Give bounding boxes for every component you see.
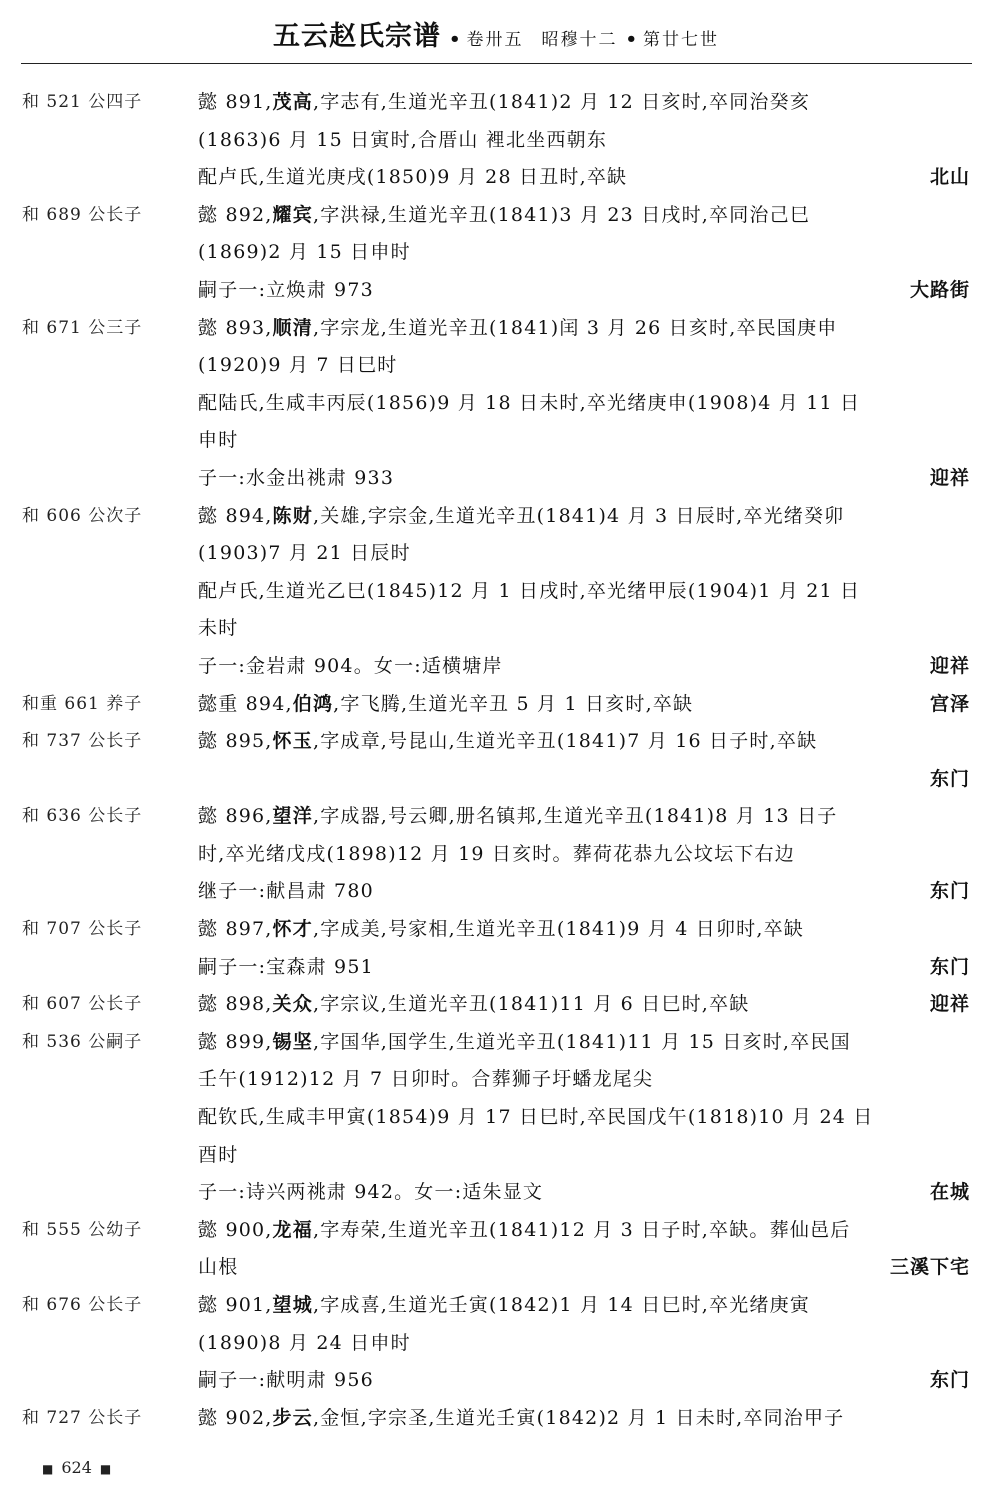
entry-text: 配卢氏,生道光乙巳(1845)12 月 1 日戌时,卒光绪甲辰(1904)1 月… <box>198 573 860 611</box>
entry-line: 嗣子一:献明肃 956东门 <box>0 1362 992 1400</box>
section-label: 昭穆十二 <box>542 30 618 50</box>
genealogy-entries: 和 521 公四子懿 891,茂高,字志有,生道光辛丑(1841)2 月 12 … <box>0 84 992 1437</box>
parent-label: 和 671 公三子 <box>22 310 142 348</box>
entry-text: 懿 899,锡坚,字国华,国学生,生道光辛丑(1841)11 月 15 日亥时,… <box>198 1024 851 1062</box>
residence-place: 迎祥 <box>930 460 970 498</box>
residence-place: 东门 <box>930 949 970 987</box>
entry-text: (1890)8 月 24 日申时 <box>198 1325 411 1363</box>
genealogy-entry: 和 636 公长子懿 896,望洋,字成器,号云卿,册名镇邦,生道光辛丑(184… <box>0 798 992 911</box>
entry-text: 嗣子一:立焕肃 973 <box>198 272 374 310</box>
residence-place: 迎祥 <box>930 648 970 686</box>
person-name: 怀才 <box>273 918 313 940</box>
entry-text: 继子一:献昌肃 780 <box>198 873 374 911</box>
entry-detail: 子一:诗兴两祧肃 942。女一:适朱显文 <box>198 1181 543 1203</box>
volume-label: 卷卅五 <box>467 30 524 50</box>
entry-text: 时,卒光绪戊戌(1898)12 月 19 日亥时。葬荷花恭九公坟坛下右边 <box>198 836 795 874</box>
parent-label: 和重 661 养子 <box>22 686 142 724</box>
residence-place: 东门 <box>930 873 970 911</box>
generation-number: 懿 901, <box>198 1294 273 1316</box>
entry-line: 配卢氏,生道光庚戌(1850)9 月 28 日丑时,卒缺北山 <box>0 159 992 197</box>
entry-detail: 嗣子一:立焕肃 973 <box>198 279 374 301</box>
header-separator: • <box>449 29 461 50</box>
entry-text: 配陆氏,生咸丰丙辰(1856)9 月 18 日未时,卒光绪庚申(1908)4 月… <box>198 385 860 423</box>
entry-text: 酉时 <box>198 1137 238 1175</box>
entry-text: (1903)7 月 21 日辰时 <box>198 535 411 573</box>
entry-detail: ,字成章,号昆山,生道光辛丑(1841)7 月 16 日子时,卒缺 <box>313 730 817 752</box>
entry-detail: (1869)2 月 15 日申时 <box>198 241 411 263</box>
entry-detail: ,金恒,字宗圣,生道光壬寅(1842)2 月 1 日未时,卒同治甲子 <box>313 1407 844 1429</box>
parent-label: 和 555 公幼子 <box>22 1212 142 1250</box>
genealogy-entry: 和 607 公长子懿 898,关众,字宗议,生道光辛丑(1841)11 月 6 … <box>0 986 992 1024</box>
genealogy-entry: 和 676 公长子懿 901,望城,字成喜,生道光壬寅(1842)1 月 14 … <box>0 1287 992 1400</box>
entry-text: 懿 895,怀玉,字成章,号昆山,生道光辛丑(1841)7 月 16 日子时,卒… <box>198 723 817 761</box>
residence-place: 北山 <box>930 159 970 197</box>
entry-text: (1869)2 月 15 日申时 <box>198 234 411 272</box>
page-number: ■624■ <box>34 1458 119 1477</box>
entry-detail: 配陆氏,生咸丰丙辰(1856)9 月 18 日未时,卒光绪庚申(1908)4 月… <box>198 392 860 414</box>
genealogy-entry: 和 689 公长子懿 892,耀宾,字洪禄,生道光辛丑(1841)3 月 23 … <box>0 197 992 310</box>
entry-line: 和 676 公长子懿 901,望城,字成喜,生道光壬寅(1842)1 月 14 … <box>0 1287 992 1325</box>
entry-text: 嗣子一:献明肃 956 <box>198 1362 374 1400</box>
generation-number: 懿 900, <box>198 1219 273 1241</box>
entry-detail: 未时 <box>198 617 238 639</box>
entry-line: 和 689 公长子懿 892,耀宾,字洪禄,生道光辛丑(1841)3 月 23 … <box>0 197 992 235</box>
entry-line: (1920)9 月 7 日巳时 <box>0 347 992 385</box>
generation-number: 懿 894, <box>198 505 273 527</box>
entry-text: 懿 891,茂高,字志有,生道光辛丑(1841)2 月 12 日亥时,卒同治癸亥 <box>198 84 810 122</box>
parent-label: 和 607 公长子 <box>22 986 142 1024</box>
person-name: 望洋 <box>273 805 313 827</box>
entry-text: (1920)9 月 7 日巳时 <box>198 347 397 385</box>
residence-place: 在城 <box>930 1174 970 1212</box>
entry-line: 未时 <box>0 610 992 648</box>
entry-detail: ,字成美,号家相,生道光辛丑(1841)9 月 4 日卯时,卒缺 <box>313 918 804 940</box>
entry-line: 壬午(1912)12 月 7 日卯时。合葬狮子圩蟠龙尾尖 <box>0 1061 992 1099</box>
entry-detail: 时,卒光绪戊戌(1898)12 月 19 日亥时。葬荷花恭九公坟坛下右边 <box>198 843 795 865</box>
person-name: 耀宾 <box>273 204 313 226</box>
entry-text: (1863)6 月 15 日寅时,合厝山 裡北坐西朝东 <box>198 122 607 160</box>
residence-place: 宫泽 <box>930 686 970 724</box>
genealogy-entry: 和 727 公长子懿 902,步云,金恒,字宗圣,生道光壬寅(1842)2 月 … <box>0 1400 992 1438</box>
parent-label: 和 536 公嗣子 <box>22 1024 142 1062</box>
book-title: 五云赵氏宗谱 <box>273 21 441 52</box>
genealogy-entry: 和重 661 养子懿重 894,伯鸿,字飞腾,生道光辛丑 5 月 1 日亥时,卒… <box>0 686 992 724</box>
entry-text: 懿 902,步云,金恒,字宗圣,生道光壬寅(1842)2 月 1 日未时,卒同治… <box>198 1400 844 1438</box>
entry-line: 和 727 公长子懿 902,步云,金恒,字宗圣,生道光壬寅(1842)2 月 … <box>0 1400 992 1438</box>
person-name: 茂高 <box>273 91 313 113</box>
entry-detail: 子一:金岩肃 904。女一:适横塘岸 <box>198 655 503 677</box>
person-name: 怀玉 <box>273 730 313 752</box>
entry-text: 子一:金岩肃 904。女一:适横塘岸 <box>198 648 503 686</box>
person-name: 陈财 <box>273 505 313 527</box>
parent-label: 和 606 公次子 <box>22 498 142 536</box>
person-name: 龙福 <box>273 1219 313 1241</box>
generation-number: 懿 902, <box>198 1407 273 1429</box>
entry-line: 东门 <box>0 761 992 799</box>
page-header: 五云赵氏宗谱•卷卅五昭穆十二•第廿七世 <box>0 14 992 62</box>
parent-label: 和 676 公长子 <box>22 1287 142 1325</box>
entry-text: 懿 901,望城,字成喜,生道光壬寅(1842)1 月 14 日巳时,卒光绪庚寅 <box>198 1287 810 1325</box>
entry-detail: (1920)9 月 7 日巳时 <box>198 354 397 376</box>
genealogy-entry: 和 521 公四子懿 891,茂高,字志有,生道光辛丑(1841)2 月 12 … <box>0 84 992 197</box>
entry-text: 懿 893,顺清,字宗龙,生道光辛丑(1841)闰 3 月 26 日亥时,卒民国… <box>198 310 837 348</box>
entry-detail: 配卢氏,生道光庚戌(1850)9 月 28 日丑时,卒缺 <box>198 166 627 188</box>
parent-label: 和 689 公长子 <box>22 197 142 235</box>
generation-number: 懿 898, <box>198 993 273 1015</box>
entry-text: 懿 900,龙福,字寿荣,生道光辛丑(1841)12 月 3 日子时,卒缺。葬仙… <box>198 1212 850 1250</box>
entry-detail: ,关雄,字宗金,生道光辛丑(1841)4 月 3 日辰时,卒光绪癸卯 <box>313 505 844 527</box>
entry-line: 和 671 公三子懿 893,顺清,字宗龙,生道光辛丑(1841)闰 3 月 2… <box>0 310 992 348</box>
entry-detail: 嗣子一:宝森肃 951 <box>198 956 374 978</box>
genealogy-entry: 和 707 公长子懿 897,怀才,字成美,号家相,生道光辛丑(1841)9 月… <box>0 911 992 986</box>
entry-line: 和重 661 养子懿重 894,伯鸿,字飞腾,生道光辛丑 5 月 1 日亥时,卒… <box>0 686 992 724</box>
genealogy-entry: 和 555 公幼子懿 900,龙福,字寿荣,生道光辛丑(1841)12 月 3 … <box>0 1212 992 1287</box>
entry-line: 配钦氏,生咸丰甲寅(1854)9 月 17 日巳时,卒民国戊午(1818)10 … <box>0 1099 992 1137</box>
entry-line: (1869)2 月 15 日申时 <box>0 234 992 272</box>
entry-detail: 配钦氏,生咸丰甲寅(1854)9 月 17 日巳时,卒民国戊午(1818)10 … <box>198 1106 874 1128</box>
genealogy-entry: 和 671 公三子懿 893,顺清,字宗龙,生道光辛丑(1841)闰 3 月 2… <box>0 310 992 498</box>
entry-detail: (1903)7 月 21 日辰时 <box>198 542 411 564</box>
entry-detail: ,字成器,号云卿,册名镇邦,生道光辛丑(1841)8 月 13 日子 <box>313 805 838 827</box>
parent-label: 和 737 公长子 <box>22 723 142 761</box>
entry-line: 和 606 公次子懿 894,陈财,关雄,字宗金,生道光辛丑(1841)4 月 … <box>0 498 992 536</box>
entry-detail: 配卢氏,生道光乙巳(1845)12 月 1 日戌时,卒光绪甲辰(1904)1 月… <box>198 580 860 602</box>
entry-line: (1863)6 月 15 日寅时,合厝山 裡北坐西朝东 <box>0 122 992 160</box>
generation-number: 懿重 894, <box>198 693 293 715</box>
entry-line: 和 521 公四子懿 891,茂高,字志有,生道光辛丑(1841)2 月 12 … <box>0 84 992 122</box>
generation-number: 懿 899, <box>198 1031 273 1053</box>
entry-line: 配陆氏,生咸丰丙辰(1856)9 月 18 日未时,卒光绪庚申(1908)4 月… <box>0 385 992 423</box>
entry-line: 和 555 公幼子懿 900,龙福,字寿荣,生道光辛丑(1841)12 月 3 … <box>0 1212 992 1250</box>
entry-text: 未时 <box>198 610 238 648</box>
person-name: 望城 <box>273 1294 313 1316</box>
entry-line: 山根三溪下宅 <box>0 1249 992 1287</box>
entry-text: 懿重 894,伯鸿,字飞腾,生道光辛丑 5 月 1 日亥时,卒缺 <box>198 686 693 724</box>
entry-line: 和 707 公长子懿 897,怀才,字成美,号家相,生道光辛丑(1841)9 月… <box>0 911 992 949</box>
entry-line: (1890)8 月 24 日申时 <box>0 1325 992 1363</box>
entry-text: 懿 896,望洋,字成器,号云卿,册名镇邦,生道光辛丑(1841)8 月 13 … <box>198 798 837 836</box>
entry-detail: (1890)8 月 24 日申时 <box>198 1332 411 1354</box>
entry-detail: 继子一:献昌肃 780 <box>198 880 374 902</box>
generation-label: 第廿七世 <box>643 30 719 50</box>
entry-line: 和 536 公嗣子懿 899,锡坚,字国华,国学生,生道光辛丑(1841)11 … <box>0 1024 992 1062</box>
residence-place: 东门 <box>930 1362 970 1400</box>
person-name: 顺清 <box>273 317 313 339</box>
section-separator: • <box>626 29 638 50</box>
person-name: 伯鸿 <box>293 693 333 715</box>
entry-detail: ,字宗议,生道光辛丑(1841)11 月 6 日巳时,卒缺 <box>313 993 749 1015</box>
page-dot-left: ■ <box>42 1462 53 1476</box>
entry-text: 懿 897,怀才,字成美,号家相,生道光辛丑(1841)9 月 4 日卯时,卒缺 <box>198 911 804 949</box>
entry-text: 配钦氏,生咸丰甲寅(1854)9 月 17 日巳时,卒民国戊午(1818)10 … <box>198 1099 874 1137</box>
entry-text: 子一:诗兴两祧肃 942。女一:适朱显文 <box>198 1174 543 1212</box>
entry-detail: 嗣子一:献明肃 956 <box>198 1369 374 1391</box>
entry-detail: ,字志有,生道光辛丑(1841)2 月 12 日亥时,卒同治癸亥 <box>313 91 810 113</box>
genealogy-entry: 和 737 公长子懿 895,怀玉,字成章,号昆山,生道光辛丑(1841)7 月… <box>0 723 992 798</box>
entry-line: 和 607 公长子懿 898,关众,字宗议,生道光辛丑(1841)11 月 6 … <box>0 986 992 1024</box>
entry-line: 申时 <box>0 422 992 460</box>
entry-text: 壬午(1912)12 月 7 日卯时。合葬狮子圩蟠龙尾尖 <box>198 1061 653 1099</box>
entry-detail: ,字宗龙,生道光辛丑(1841)闰 3 月 26 日亥时,卒民国庚申 <box>313 317 838 339</box>
residence-place: 三溪下宅 <box>890 1249 970 1287</box>
entry-detail: 申时 <box>198 429 238 451</box>
entry-detail: ,字飞腾,生道光辛丑 5 月 1 日亥时,卒缺 <box>333 693 693 715</box>
entry-text: 配卢氏,生道光庚戌(1850)9 月 28 日丑时,卒缺 <box>198 159 627 197</box>
person-name: 关众 <box>273 993 313 1015</box>
entry-line: 配卢氏,生道光乙巳(1845)12 月 1 日戌时,卒光绪甲辰(1904)1 月… <box>0 573 992 611</box>
entry-line: (1903)7 月 21 日辰时 <box>0 535 992 573</box>
entry-text: 山根 <box>198 1249 238 1287</box>
entry-text: 嗣子一:宝森肃 951 <box>198 949 374 987</box>
entry-line: 子一:金岩肃 904。女一:适横塘岸迎祥 <box>0 648 992 686</box>
entry-line: 子一:诗兴两祧肃 942。女一:适朱显文在城 <box>0 1174 992 1212</box>
entry-text: 申时 <box>198 422 238 460</box>
page-dot-right: ■ <box>100 1462 111 1476</box>
generation-number: 懿 892, <box>198 204 273 226</box>
generation-number: 懿 896, <box>198 805 273 827</box>
generation-number: 懿 895, <box>198 730 273 752</box>
person-name: 锡坚 <box>273 1031 313 1053</box>
entry-text: 懿 892,耀宾,字洪禄,生道光辛丑(1841)3 月 23 日戌时,卒同治己巳 <box>198 197 810 235</box>
entry-detail: ,字国华,国学生,生道光辛丑(1841)11 月 15 日亥时,卒民国 <box>313 1031 851 1053</box>
parent-label: 和 727 公长子 <box>22 1400 142 1438</box>
residence-place: 大路街 <box>910 272 970 310</box>
parent-label: 和 707 公长子 <box>22 911 142 949</box>
entry-detail: 山根 <box>198 1256 238 1278</box>
entry-line: 子一:水金出祧肃 933迎祥 <box>0 460 992 498</box>
entry-text: 子一:水金出祧肃 933 <box>198 460 394 498</box>
parent-label: 和 521 公四子 <box>22 84 142 122</box>
entry-text: 懿 898,关众,字宗议,生道光辛丑(1841)11 月 6 日巳时,卒缺 <box>198 986 749 1024</box>
parent-label: 和 636 公长子 <box>22 798 142 836</box>
generation-number: 懿 893, <box>198 317 273 339</box>
residence-place: 东门 <box>930 761 970 799</box>
person-name: 步云 <box>273 1407 313 1429</box>
entry-line: 嗣子一:立焕肃 973大路街 <box>0 272 992 310</box>
header-rule <box>21 63 972 64</box>
entry-detail: ,字洪禄,生道光辛丑(1841)3 月 23 日戌时,卒同治己巳 <box>313 204 810 226</box>
entry-line: 和 737 公长子懿 895,怀玉,字成章,号昆山,生道光辛丑(1841)7 月… <box>0 723 992 761</box>
entry-line: 酉时 <box>0 1137 992 1175</box>
entry-detail: (1863)6 月 15 日寅时,合厝山 裡北坐西朝东 <box>198 129 607 151</box>
entry-detail: ,字成喜,生道光壬寅(1842)1 月 14 日巳时,卒光绪庚寅 <box>313 1294 810 1316</box>
entry-detail: 子一:水金出祧肃 933 <box>198 467 394 489</box>
page-number-value: 624 <box>61 1458 92 1477</box>
entry-line: 时,卒光绪戊戌(1898)12 月 19 日亥时。葬荷花恭九公坟坛下右边 <box>0 836 992 874</box>
genealogy-entry: 和 536 公嗣子懿 899,锡坚,字国华,国学生,生道光辛丑(1841)11 … <box>0 1024 992 1212</box>
entry-detail: ,字寿荣,生道光辛丑(1841)12 月 3 日子时,卒缺。葬仙邑后 <box>313 1219 850 1241</box>
entry-line: 和 636 公长子懿 896,望洋,字成器,号云卿,册名镇邦,生道光辛丑(184… <box>0 798 992 836</box>
generation-number: 懿 891, <box>198 91 273 113</box>
generation-number: 懿 897, <box>198 918 273 940</box>
entry-detail: 酉时 <box>198 1144 238 1166</box>
genealogy-entry: 和 606 公次子懿 894,陈财,关雄,字宗金,生道光辛丑(1841)4 月 … <box>0 498 992 686</box>
entry-detail: 壬午(1912)12 月 7 日卯时。合葬狮子圩蟠龙尾尖 <box>198 1068 653 1090</box>
entry-line: 继子一:献昌肃 780东门 <box>0 873 992 911</box>
entry-text: 懿 894,陈财,关雄,字宗金,生道光辛丑(1841)4 月 3 日辰时,卒光绪… <box>198 498 844 536</box>
entry-line: 嗣子一:宝森肃 951东门 <box>0 949 992 987</box>
residence-place: 迎祥 <box>930 986 970 1024</box>
